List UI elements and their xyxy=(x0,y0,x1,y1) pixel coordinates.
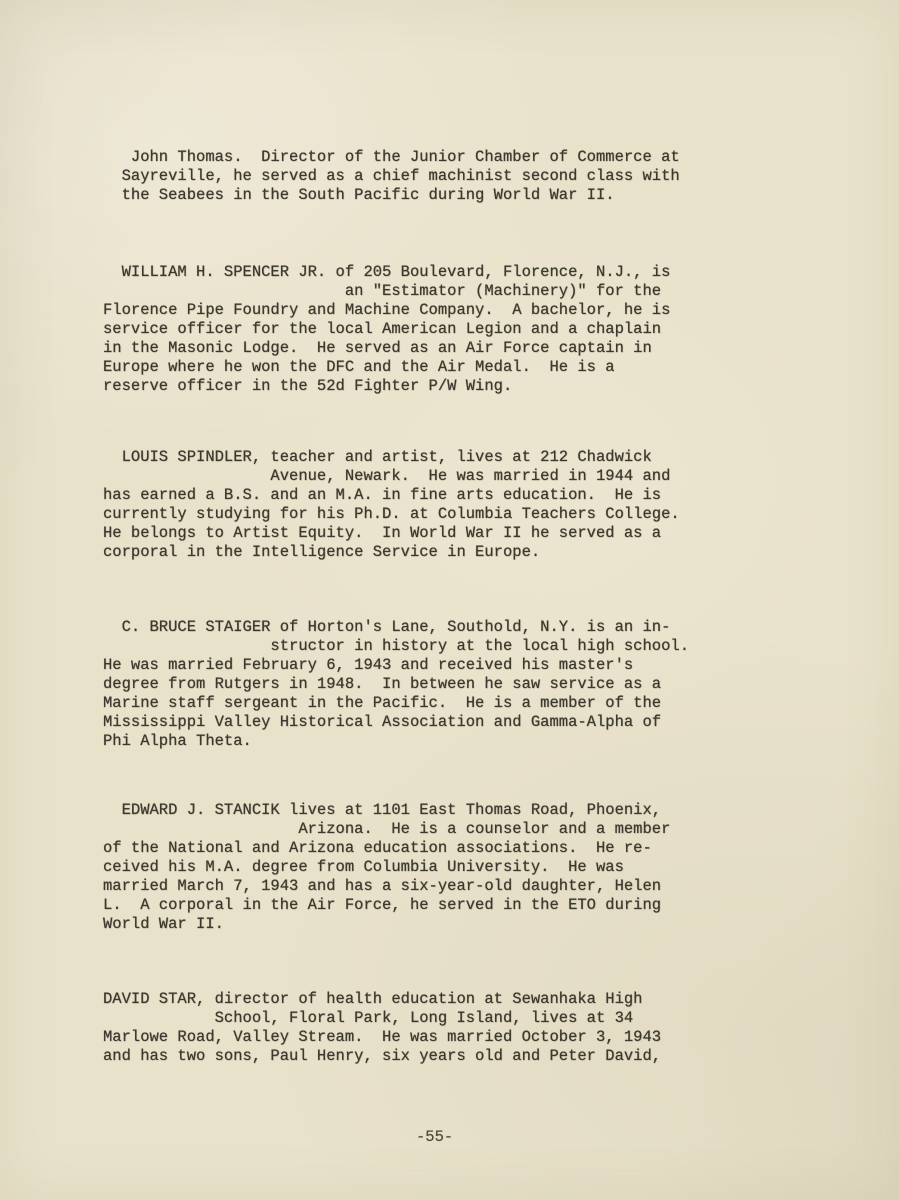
page-number: -55- xyxy=(416,1128,453,1147)
typescript-page: John Thomas. Director of the Junior Cham… xyxy=(0,0,899,1200)
bio-entry-john-thomas: John Thomas. Director of the Junior Cham… xyxy=(103,148,843,205)
bio-entry-louis-spindler: LOUIS SPINDLER, teacher and artist, live… xyxy=(103,448,843,562)
typed-text-block: John Thomas. Director of the Junior Cham… xyxy=(103,148,843,1066)
bio-entry-edward-stancik: EDWARD J. STANCIK lives at 1101 East Tho… xyxy=(103,801,843,934)
bio-entry-david-star: DAVID STAR, director of health education… xyxy=(103,990,843,1066)
bio-entry-william-spencer: WILLIAM H. SPENCER JR. of 205 Boulevard,… xyxy=(103,263,843,396)
bio-entry-bruce-staiger: C. BRUCE STAIGER of Horton's Lane, South… xyxy=(103,618,843,751)
